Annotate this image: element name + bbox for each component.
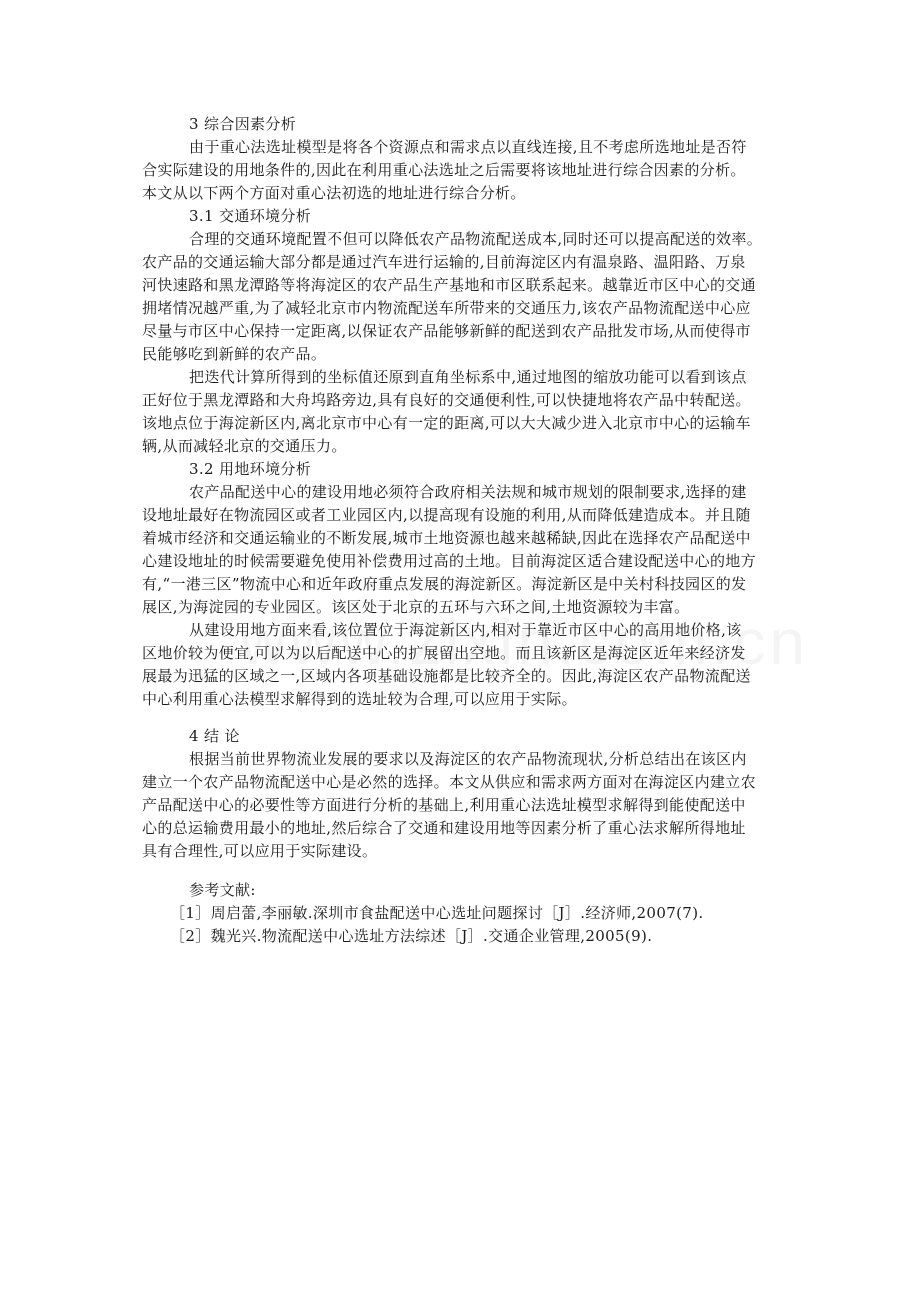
text-line: 农产品配送中心的建设用地必须符合政府相关法规和城市规划的限制要求,选择的建	[142, 481, 784, 504]
text-line: 尽量与市区中心保持一定距离,以保证农产品能够新鲜的配送到农产品批发市场,从而使得…	[142, 320, 784, 343]
spacer	[142, 863, 784, 879]
paragraph-3-2-a: 农产品配送中心的建设用地必须符合政府相关法规和城市规划的限制要求,选择的建 设地…	[142, 481, 784, 619]
paragraph-3-1-b: 把迭代计算所得到的坐标值还原到直角坐标系中,通过地图的缩放功能可以看到该点 正好…	[142, 366, 784, 458]
text-line: 把迭代计算所得到的坐标值还原到直角坐标系中,通过地图的缩放功能可以看到该点	[142, 366, 784, 389]
text-line: 区地价较为便宜,可以为以后配送中心的扩展留出空地。而且该新区是海淀区近年来经济发	[142, 642, 784, 665]
text-line: 中心利用重心法模型求解得到的选址较为合理,可以应用于实际。	[142, 688, 784, 711]
text-line: 正好位于黑龙潭路和大舟坞路旁边,具有良好的交通便利性,可以快捷地将农产品中转配送…	[142, 389, 784, 412]
references-list: ［1］周启蕾,李丽敏.深圳市食盐配送中心选址问题探讨［J］.经济师,2007(7…	[142, 902, 784, 948]
text-line: 合实际建设的用地条件的,因此在利用重心法选址之后需要将该地址进行综合因素的分析。	[142, 159, 784, 182]
text-line: 民能够吃到新鲜的农产品。	[142, 343, 784, 366]
text-line: 心的总运输费用最小的地址,然后综合了交通和建设用地等因素分析了重心法求解所得地址	[142, 817, 784, 840]
text-line: 设地址最好在物流园区或者工业园区内,以提高现有设施的利用,从而降低建造成本。并且…	[142, 504, 784, 527]
reference-item: ［1］周启蕾,李丽敏.深圳市食盐配送中心选址问题探讨［J］.经济师,2007(7…	[142, 902, 784, 925]
text-line: 着城市经济和交通运输业的不断发展,城市土地资源也越来越稀缺,因此在选择农产品配送…	[142, 527, 784, 550]
text-line: 从建设用地方面来看,该位置位于海淀新区内,相对于靠近市区中心的高用地价格,该	[142, 619, 784, 642]
paragraph-3-2-b: 从建设用地方面来看,该位置位于海淀新区内,相对于靠近市区中心的高用地价格,该 区…	[142, 619, 784, 711]
text-line: 河快速路和黑龙潭路等将海淀区的农产品生产基地和市区联系起来。越靠近市区中心的交通	[142, 274, 784, 297]
text-line: 合理的交通环境配置不但可以降低农产品物流配送成本,同时还可以提高配送的效率。	[142, 228, 784, 251]
paragraph-3-intro: 由于重心法选址模型是将各个资源点和需求点以直线连接,且不考虑所选地址是否符 合实…	[142, 136, 784, 205]
text-line: 拥堵情况越严重,为了减轻北京市内物流配送车所带来的交通压力,该农产品物流配送中心…	[142, 297, 784, 320]
spacer	[142, 711, 784, 725]
text-line: 展最为迅猛的区域之一,区域内各项基础设施都是比较齐全的。因此,海淀区农产品物流配…	[142, 665, 784, 688]
section-heading-4: 4 结 论	[142, 725, 784, 748]
paragraph-4-conclusion: 根据当前世界物流业发展的要求以及海淀区的农产品物流现状,分析总结出在该区内 建立…	[142, 748, 784, 863]
text-line: 根据当前世界物流业发展的要求以及海淀区的农产品物流现状,分析总结出在该区内	[142, 748, 784, 771]
references-heading: 参考文献:	[142, 879, 784, 902]
text-line: 产品配送中心的必要性等方面进行分析的基础上,利用重心法选址模型求解得到能使配送中	[142, 794, 784, 817]
reference-item: ［2］魏光兴.物流配送中心选址方法综述［J］.交通企业管理,2005(9).	[142, 925, 784, 948]
section-heading-3: 3 综合因素分析	[142, 113, 784, 136]
text-line: 该地点位于海淀新区内,离北京市中心有一定的距离,可以大大减少进入北京市中心的运输…	[142, 412, 784, 435]
text-line: 建立一个农产品物流配送中心是必然的选择。本文从供应和需求两方面对在海淀区内建立农	[142, 771, 784, 794]
section-heading-3-2: 3.2 用地环境分析	[142, 458, 784, 481]
paragraph-3-1-a: 合理的交通环境配置不但可以降低农产品物流配送成本,同时还可以提高配送的效率。 农…	[142, 228, 784, 366]
text-line: 具有合理性,可以应用于实际建设。	[142, 840, 784, 863]
document-page: 3 综合因素分析 由于重心法选址模型是将各个资源点和需求点以直线连接,且不考虑所…	[142, 113, 784, 948]
text-line: 辆,从而减轻北京的交通压力。	[142, 435, 784, 458]
text-line: 展区,为海淀园的专业园区。该区处于北京的五环与六环之间,土地资源较为丰富。	[142, 596, 784, 619]
section-heading-3-1: 3.1 交通环境分析	[142, 205, 784, 228]
text-line: 有,“一港三区”物流中心和近年政府重点发展的海淀新区。海淀新区是中关村科技园区的…	[142, 573, 784, 596]
text-line: 由于重心法选址模型是将各个资源点和需求点以直线连接,且不考虑所选地址是否符	[142, 136, 784, 159]
text-line: 农产品的交通运输大部分都是通过汽车进行运输的,目前海淀区内有温泉路、温阳路、万泉	[142, 251, 784, 274]
text-line: 心建设地址的时候需要避免使用补偿费用过高的土地。目前海淀区适合建设配送中心的地方	[142, 550, 784, 573]
text-line: 本文从以下两个方面对重心法初选的地址进行综合分析。	[142, 182, 784, 205]
